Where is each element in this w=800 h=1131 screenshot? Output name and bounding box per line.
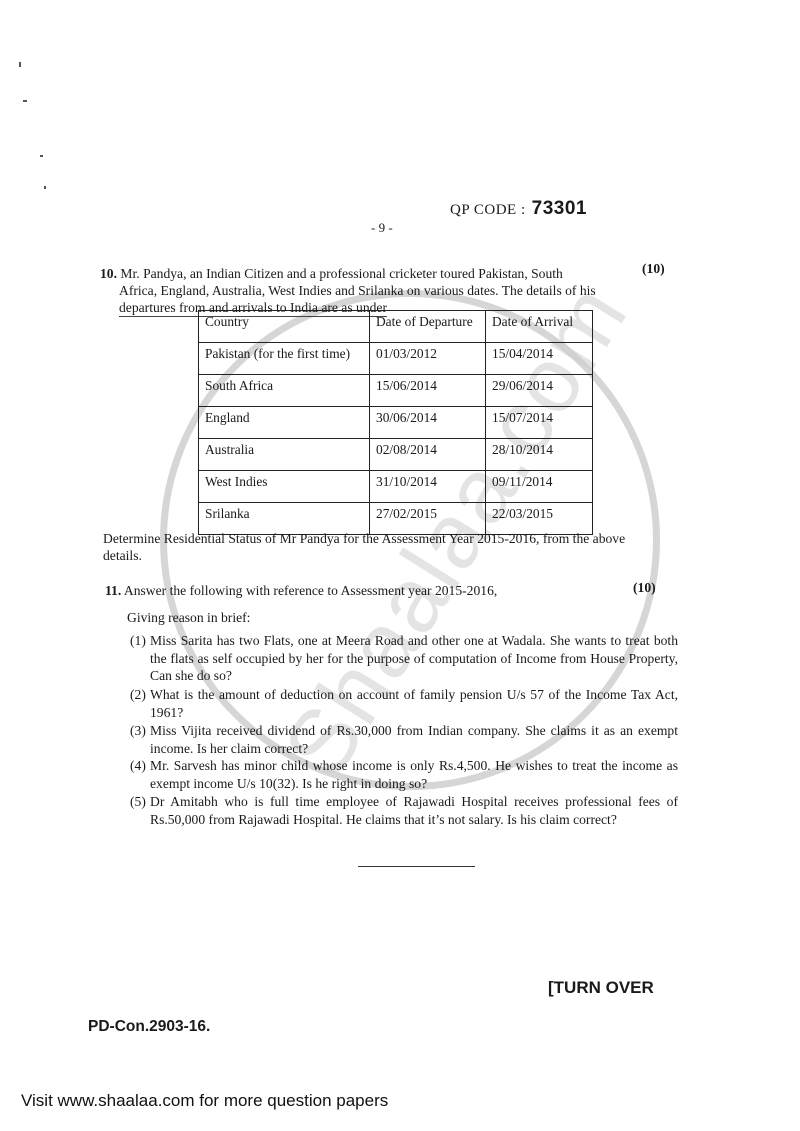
scan-speck	[19, 62, 21, 67]
question-11-subintro: Giving reason in brief:	[127, 609, 250, 626]
table-row: South Africa 15/06/2014 29/06/2014	[199, 375, 593, 407]
question-number: 10.	[100, 266, 117, 281]
question-text-line: Determine Residential Status of Mr Pandy…	[103, 530, 683, 547]
sub-question-number: (1)	[130, 632, 146, 650]
scan-speck	[44, 186, 46, 189]
sub-question: (1) Miss Sarita has two Flats, one at Me…	[130, 632, 678, 685]
departure-cell: 01/03/2012	[370, 343, 486, 375]
departure-cell: 15/06/2014	[370, 375, 486, 407]
end-divider	[358, 866, 475, 867]
qp-code-label: QP CODE :	[450, 202, 526, 218]
question-text-line: Africa, England, Australia, West Indies …	[119, 282, 670, 299]
sub-question-number: (4)	[130, 757, 146, 775]
paper-code: PD-Con.2903-16.	[88, 1018, 210, 1036]
qp-code-value: 73301	[532, 198, 587, 219]
sub-question: (3) Miss Vijita received dividend of Rs.…	[130, 722, 678, 757]
question-11: 11. Answer the following with reference …	[105, 582, 665, 599]
departure-cell: 02/08/2014	[370, 439, 486, 471]
table-row: England 30/06/2014 15/07/2014	[199, 407, 593, 439]
arrival-cell: 15/07/2014	[486, 407, 593, 439]
country-cell: England	[199, 407, 370, 439]
arrival-cell: 28/10/2014	[486, 439, 593, 471]
sub-question-text: Mr. Sarvesh has minor child whose income…	[150, 757, 678, 792]
sub-question-text: What is the amount of deduction on accou…	[150, 686, 678, 721]
sub-question: (5) Dr Amitabh who is full time employee…	[130, 793, 678, 828]
question-text-line: details.	[103, 547, 683, 564]
table-header-row: Country Date of Departure Date of Arriva…	[199, 311, 593, 343]
table-row: West Indies 31/10/2014 09/11/2014	[199, 471, 593, 503]
turn-over-label: [TURN OVER	[548, 978, 654, 998]
table-header-cell: Date of Arrival	[486, 311, 593, 343]
table-header-cell: Country	[199, 311, 370, 343]
qp-code: QP CODE :73301	[450, 198, 587, 220]
sub-question-text: Dr Amitabh who is full time employee of …	[150, 793, 678, 828]
visit-site-link[interactable]: Visit www.shaalaa.com for more question …	[21, 1091, 388, 1111]
sub-question-text: Miss Sarita has two Flats, one at Meera …	[150, 632, 678, 685]
table-row: Australia 02/08/2014 28/10/2014	[199, 439, 593, 471]
departure-cell: 31/10/2014	[370, 471, 486, 503]
sub-question-text: Miss Vijita received dividend of Rs.30,0…	[150, 722, 678, 757]
sub-question: (2) What is the amount of deduction on a…	[130, 686, 678, 721]
question-marks: (10)	[642, 260, 665, 277]
page-number: - 9 -	[371, 220, 393, 236]
table-row: Pakistan (for the first time) 01/03/2012…	[199, 343, 593, 375]
arrival-cell: 15/04/2014	[486, 343, 593, 375]
departure-cell: 30/06/2014	[370, 407, 486, 439]
table-header-cell: Date of Departure	[370, 311, 486, 343]
country-cell: West Indies	[199, 471, 370, 503]
question-text-line: Mr. Pandya, an Indian Citizen and a prof…	[120, 266, 562, 281]
sub-question-number: (5)	[130, 793, 146, 811]
question-marks: (10)	[633, 579, 656, 596]
question-intro: Answer the following with reference to A…	[124, 583, 497, 598]
country-cell: South Africa	[199, 375, 370, 407]
question-number: 11.	[105, 583, 121, 598]
travel-table: Country Date of Departure Date of Arriva…	[198, 310, 593, 535]
question-10-closing: Determine Residential Status of Mr Pandy…	[103, 530, 683, 564]
scan-speck	[23, 100, 27, 102]
sub-question-number: (3)	[130, 722, 146, 740]
sub-question: (4) Mr. Sarvesh has minor child whose in…	[130, 757, 678, 792]
country-cell: Pakistan (for the first time)	[199, 343, 370, 375]
scan-speck	[40, 155, 43, 157]
sub-question-number: (2)	[130, 686, 146, 704]
country-cell: Australia	[199, 439, 370, 471]
arrival-cell: 29/06/2014	[486, 375, 593, 407]
arrival-cell: 09/11/2014	[486, 471, 593, 503]
